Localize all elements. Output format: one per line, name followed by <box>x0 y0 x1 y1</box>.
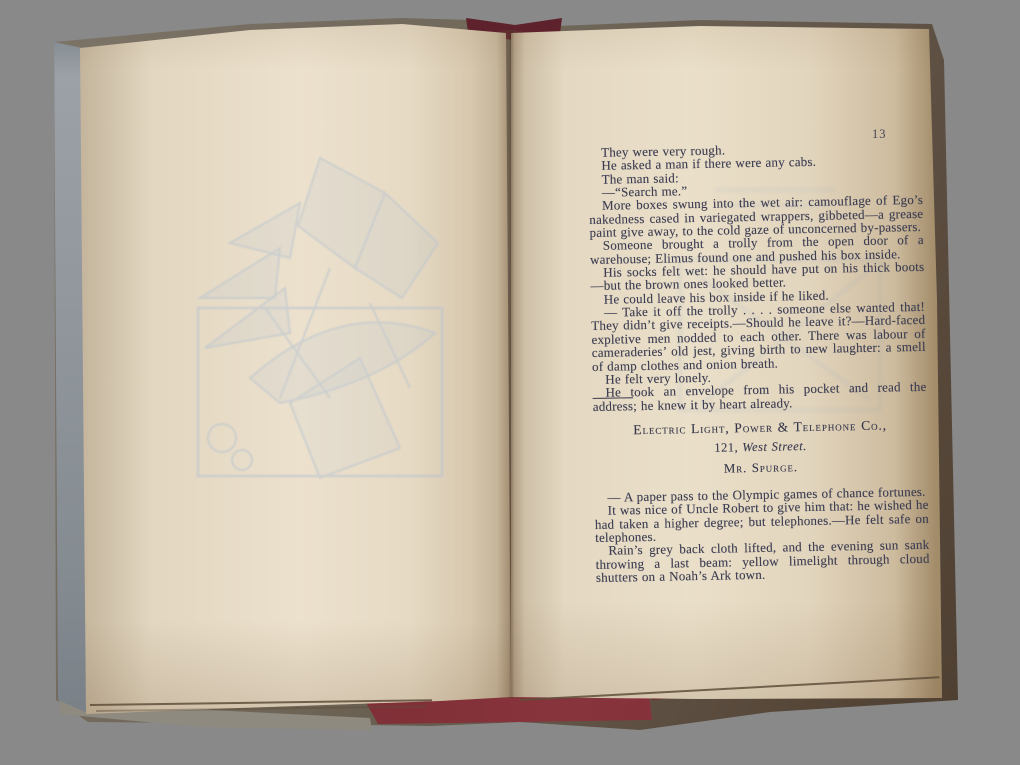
letterhead-address: 121, West Street. <box>593 438 927 457</box>
paragraph: Rain’s grey back cloth lifted, and the e… <box>595 538 930 584</box>
closing-paragraphs: — A paper pass to the Olympic games of c… <box>594 485 930 585</box>
letterhead-name: Mr. Spurge. <box>594 458 928 477</box>
letterhead-address-street: West Street. <box>742 439 807 454</box>
envelope-text-after: ; he knew it by heart already. <box>633 395 793 413</box>
letterhead: Electric Light, Power & Telephone Co., 1… <box>593 418 928 478</box>
letterhead-address-number: 121, <box>714 440 742 455</box>
ghost-illustration <box>170 148 490 508</box>
photo-background: 13 They were very rough.He asked a man i… <box>0 0 1020 765</box>
body-paragraphs: They were very rough.He asked a man if t… <box>588 140 926 386</box>
envelope-paragraph: He took an envelope from his pocket and … <box>592 380 926 413</box>
paragraph: — Take it off the trolly . . . . someone… <box>591 300 926 373</box>
overlined-word: address <box>593 398 634 414</box>
gutter-shadow <box>497 30 525 698</box>
letterhead-company: Electric Light, Power & Telephone Co., <box>593 418 927 437</box>
text-block: They were very rough.He asked a man if t… <box>588 140 930 584</box>
